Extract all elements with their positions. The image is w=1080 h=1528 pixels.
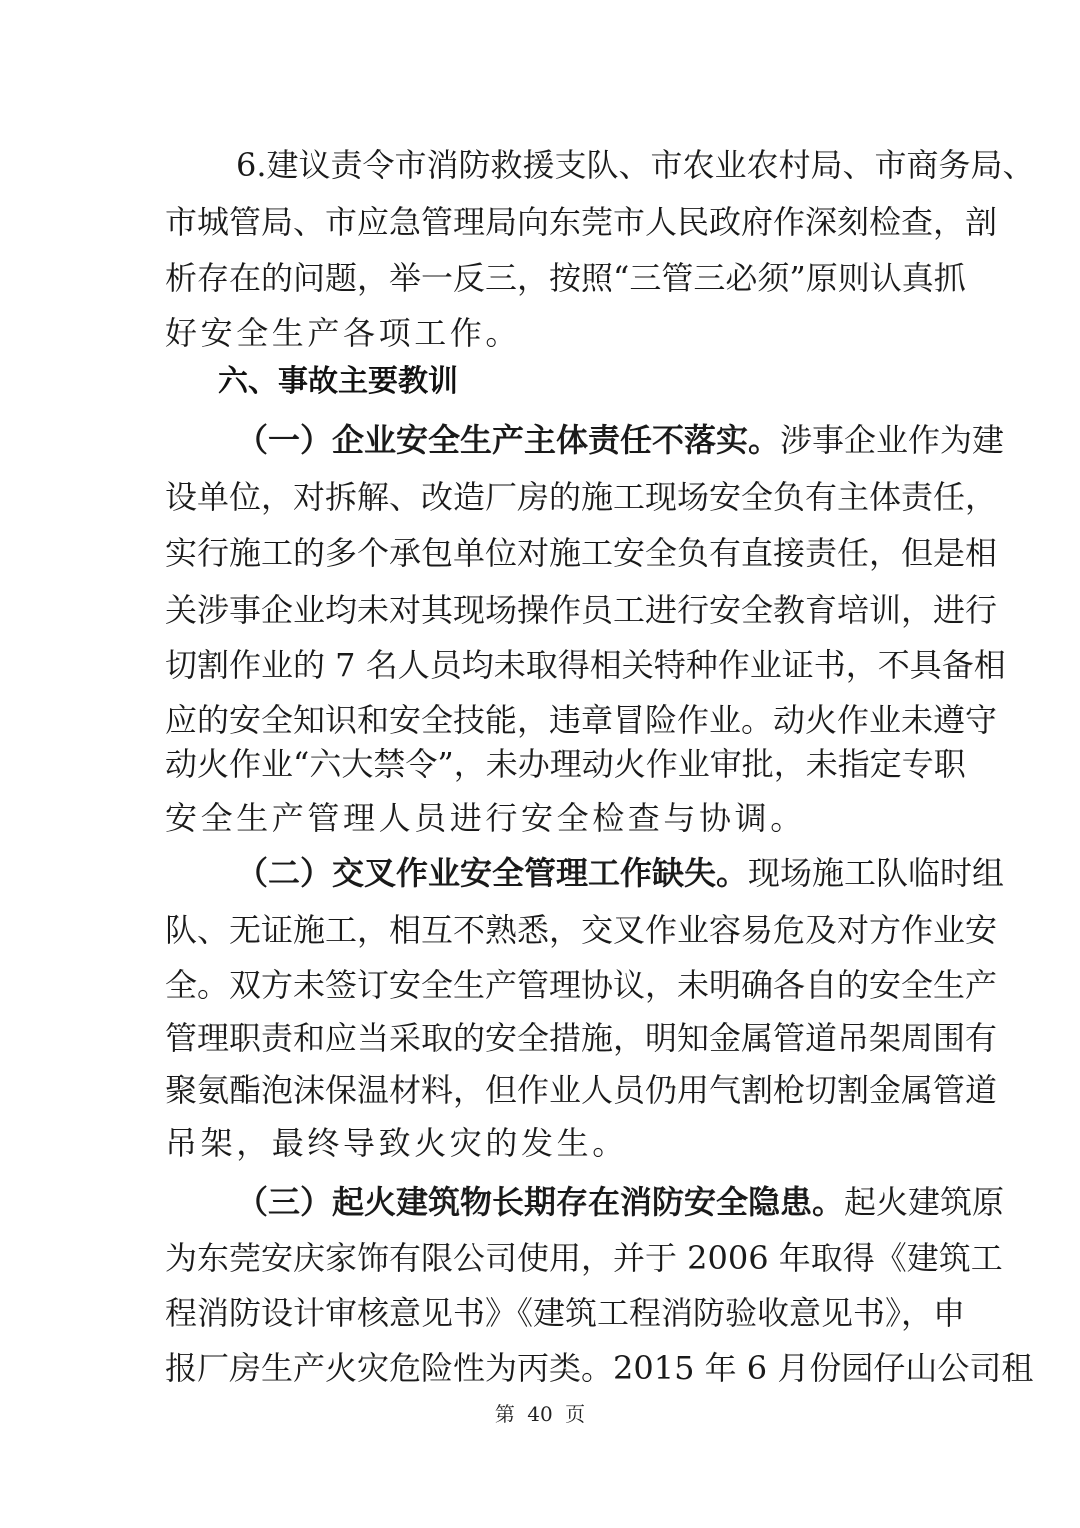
text-line: 安全生产管理人员进行安全检查与协调。 [165,798,916,838]
text-line: 全。双方未签订安全生产管理协议，未明确各自的安全生产 [165,965,916,1005]
text-line: 设单位，对拆解、改造厂房的施工现场安全负有主体责任， [165,477,916,517]
text-line: 切割作业的 7 名人员均未取得相关特种作业证书，不具备相 [165,645,916,685]
text-line-with-lead: （一）企业安全生产主体责任不落实。涉事企业作为建 [236,420,916,460]
text-line: 市城管局、市应急管理局向东莞市人民政府作深刻检查，剖 [165,202,916,242]
page-number: 第 40 页 [0,1398,1080,1427]
text-line: 管理职责和应当采取的安全措施，明知金属管道吊架周围有 [165,1018,916,1058]
text-line: 应的安全知识和安全技能，违章冒险作业。动火作业未遵守 [165,700,916,740]
text-line: 好安全生产各项工作。 [165,313,916,353]
text-line: 报厂房生产火灾危险性为丙类。2015 年 6 月份园仔山公司租 [165,1348,916,1388]
paragraph-text: 涉事企业作为建 [780,421,1004,459]
document-page: 6.建议责令市消防救援支队、市农业农村局、市商务局、 市城管局、市应急管理局向东… [0,0,1080,1528]
text-line-with-lead: （三）起火建筑物长期存在消防安全隐患。起火建筑原 [236,1182,916,1222]
paragraph-text: 起火建筑原 [844,1183,1004,1221]
text-line-with-lead: （二）交叉作业安全管理工作缺失。现场施工队临时组 [236,853,916,893]
text-line: 程消防设计审核意见书》《建筑工程消防验收意见书》，申 [165,1293,916,1333]
text-line: 聚氨酯泡沫保温材料，但作业人员仍用气割枪切割金属管道 [165,1070,916,1110]
text-line: 为东莞安庆家饰有限公司使用，并于 2006 年取得《建筑工 [165,1238,916,1278]
paragraph-lead: （三）起火建筑物长期存在消防安全隐患。 [236,1183,844,1221]
text-line: 关涉事企业均未对其现场操作员工进行安全教育培训，进行 [165,590,916,630]
paragraph-lead: （二）交叉作业安全管理工作缺失。 [236,854,748,892]
text-line: 实行施工的多个承包单位对施工安全负有直接责任，但是相 [165,533,916,573]
paragraph-text: 现场施工队临时组 [748,854,1004,892]
text-line: 6.建议责令市消防救援支队、市农业农村局、市商务局、 [236,145,916,185]
section-heading: 六、事故主要教训 [218,362,458,402]
text-line: 队、无证施工，相互不熟悉，交叉作业容易危及对方作业安 [165,910,916,950]
text-line: 动火作业“六大禁令”，未办理动火作业审批，未指定专职 [165,744,916,784]
text-line: 析存在的问题，举一反三，按照“三管三必须”原则认真抓 [165,258,916,298]
text-line: 吊架，最终导致火灾的发生。 [165,1123,916,1163]
paragraph-lead: （一）企业安全生产主体责任不落实。 [236,421,780,459]
